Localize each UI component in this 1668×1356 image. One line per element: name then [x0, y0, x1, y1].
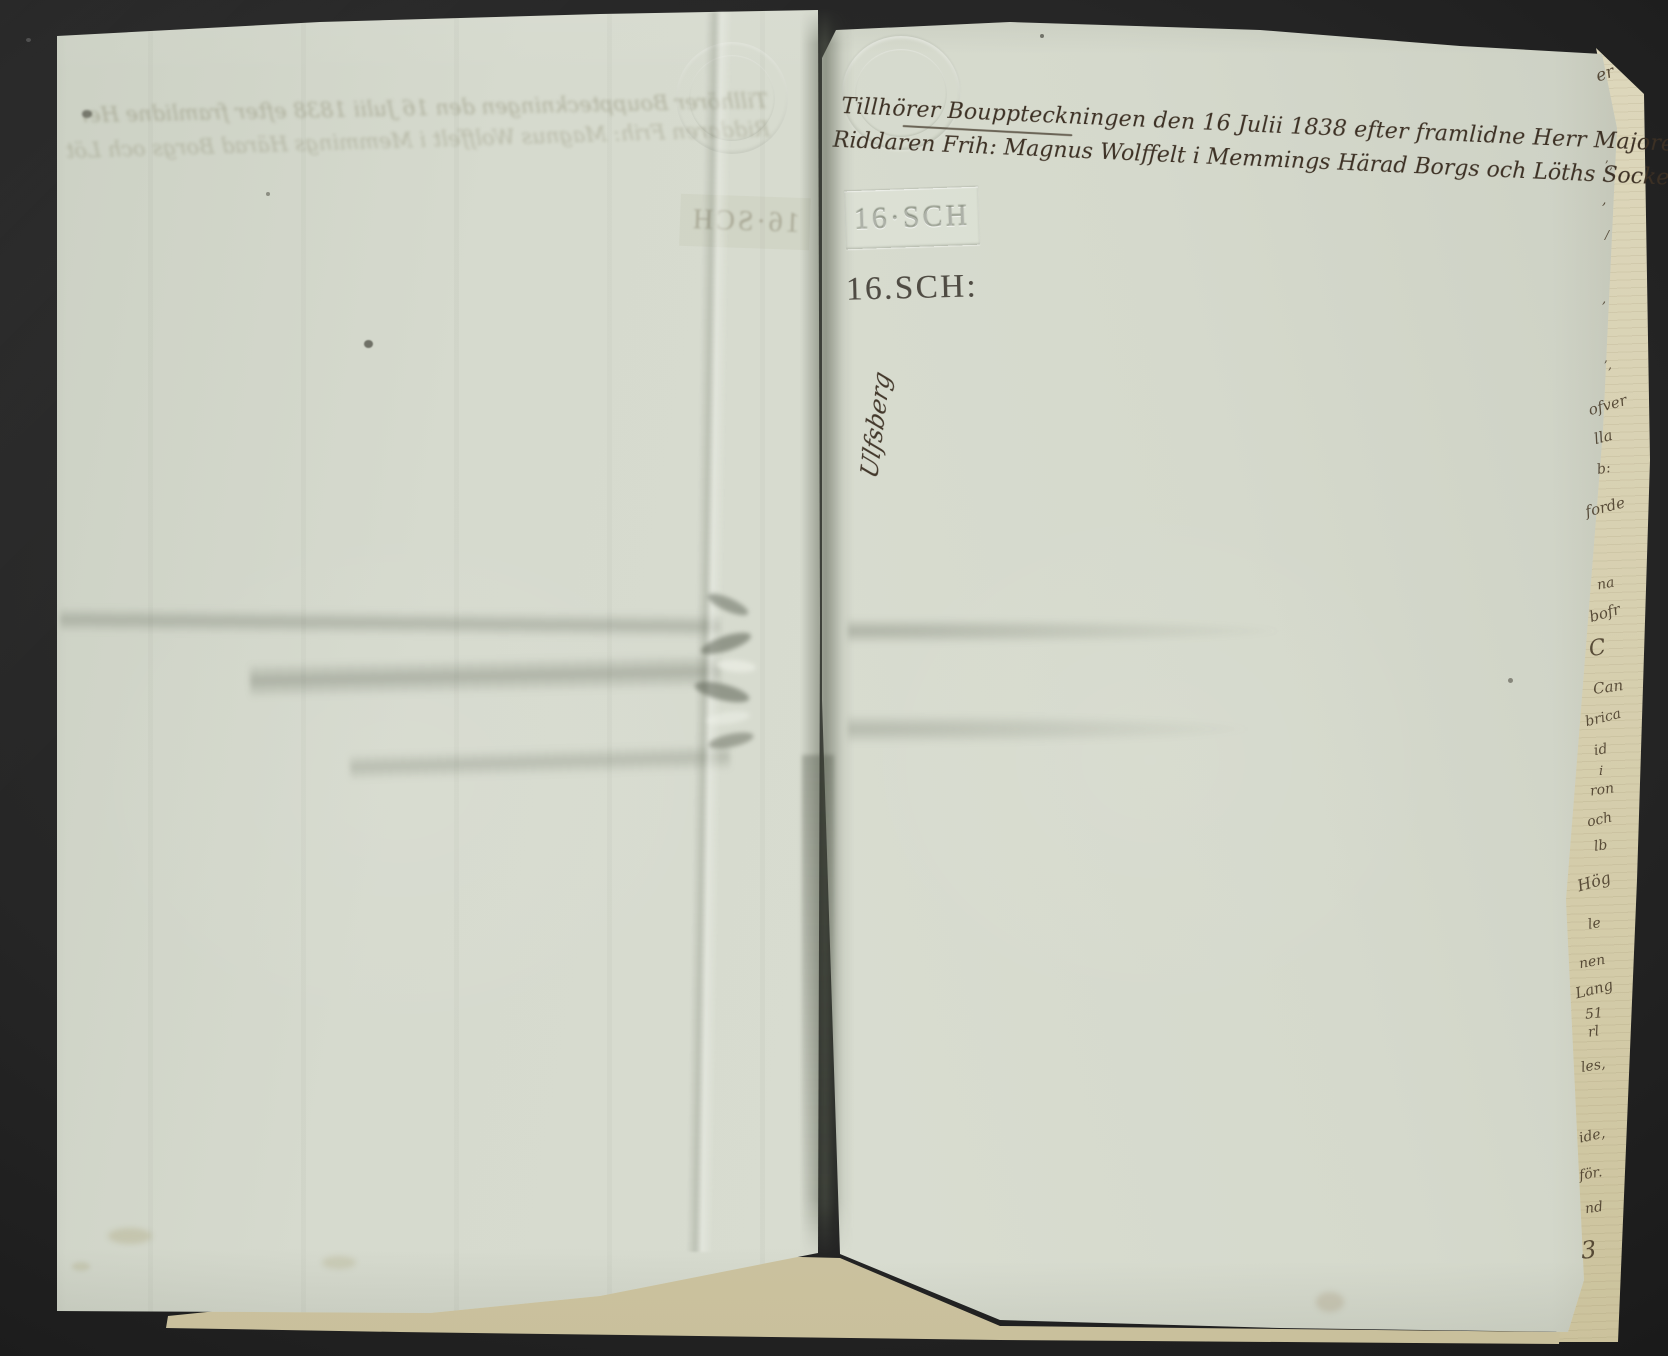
- stain-spot: [108, 1228, 152, 1244]
- stain-spot: [1508, 678, 1513, 683]
- edge-text-fragment: ,: [1602, 292, 1606, 307]
- edge-text-fragment: na: [1596, 575, 1616, 594]
- ghost-stamp-text: 16·SCH: [690, 204, 801, 240]
- edge-text-fragment: 51: [1584, 1005, 1603, 1023]
- edge-text-fragment: rl: [1587, 1023, 1600, 1040]
- edge-text-fragment: /: [1605, 228, 1609, 242]
- stain-spot: [364, 340, 373, 348]
- stain-spot: [266, 192, 270, 196]
- stain-spot: [1040, 34, 1044, 38]
- edge-text-fragment: i: [1599, 764, 1603, 779]
- stain-spot: [82, 110, 92, 118]
- edge-text-fragment: ’,: [1604, 158, 1613, 173]
- embossed-seal-ghost: [676, 42, 788, 154]
- ghost-stamp-offset: 16·SCH: [679, 194, 811, 251]
- book-gutter-lower-shadow: [802, 755, 834, 1235]
- fee-stamp-16-sch: 16.SCH:: [846, 268, 979, 308]
- embossed-stamp-text: 16·SCH: [853, 199, 970, 237]
- edge-text-fragment: ron: [1589, 780, 1615, 799]
- edge-text-fragment: lb: [1593, 837, 1609, 855]
- edge-text-fragment: 3: [1580, 1235, 1598, 1264]
- edge-text-fragment: b:: [1596, 460, 1612, 478]
- stain-spot: [72, 1262, 90, 1271]
- stain-spot: [1316, 1292, 1344, 1312]
- stain-spot: [322, 1256, 356, 1269]
- archival-photo-surface: Tillhörer Bouppteckningen den 16 Julii 1…: [0, 0, 1668, 1356]
- edge-text-fragment: nd: [1584, 1199, 1604, 1217]
- embossed-stamp-plaque: 16·SCH: [844, 187, 980, 250]
- edge-text-fragment: id: [1593, 741, 1609, 759]
- edge-text-fragment: ’,: [1603, 358, 1612, 373]
- edge-text-fragment: ,: [1602, 192, 1606, 208]
- dust-speck: [26, 38, 31, 42]
- edge-text-fragment: le: [1587, 915, 1602, 933]
